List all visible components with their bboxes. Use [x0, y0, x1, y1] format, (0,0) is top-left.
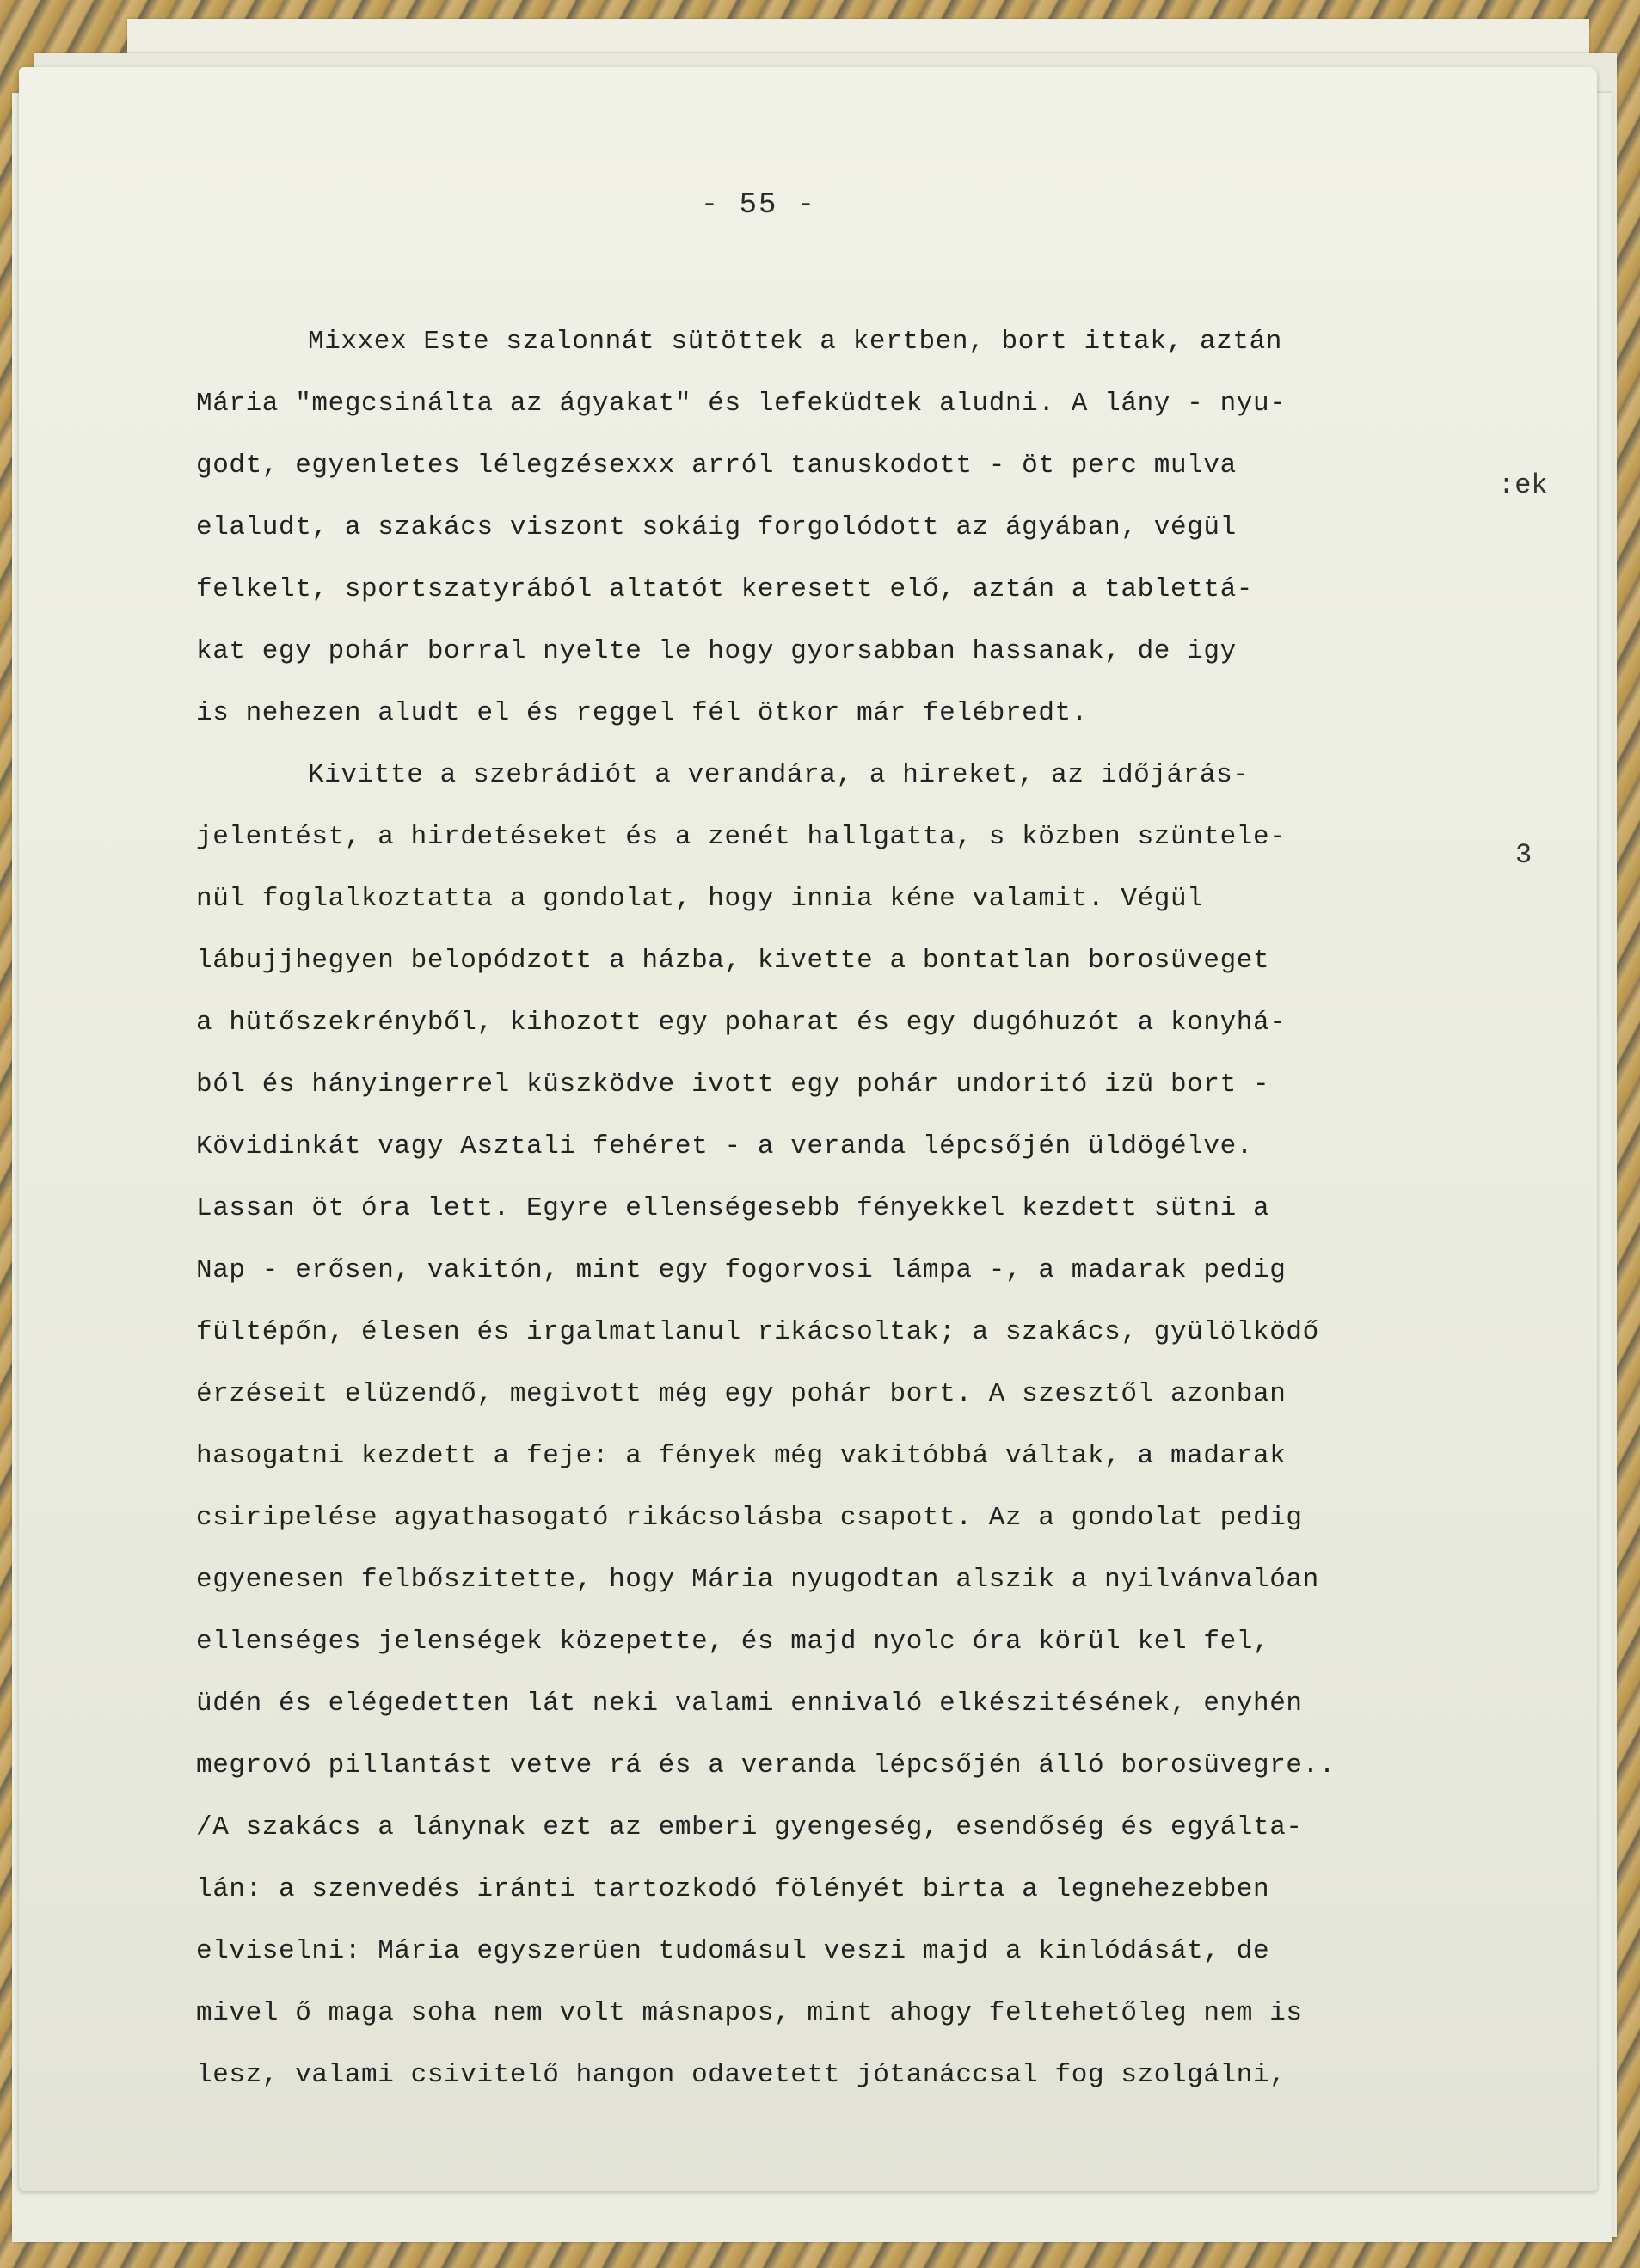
- text-line: mivel ő maga soha nem volt másnapos, min…: [196, 1983, 1538, 2044]
- manuscript-body: Mixxex Este szalonnát sütöttek a kertben…: [196, 311, 1538, 2106]
- text-line: godt, egyenletes lélegzésexxx arról tanu…: [196, 435, 1538, 497]
- text-line: is nehezen aludt el és reggel fél ötkor …: [196, 683, 1538, 745]
- page-number: - 55 -: [19, 189, 1498, 222]
- text-line: ellenséges jelenségek közepette, és majd…: [196, 1611, 1538, 1673]
- typewritten-page: - 55 - Mixxex Este szalonnát sütöttek a …: [19, 67, 1597, 2191]
- text-line: Lassan öt óra lett. Egyre ellenségesebb …: [196, 1178, 1538, 1240]
- text-line: nül foglalkoztatta a gondolat, hogy inni…: [196, 868, 1538, 930]
- text-line: fültépőn, élesen és irgalmatlanul rikács…: [196, 1302, 1538, 1364]
- text-line: egyenesen felbőszitette, hogy Mária nyug…: [196, 1549, 1538, 1611]
- paragraph-1: Mixxex Este szalonnát sütöttek a kertben…: [196, 311, 1538, 745]
- text-line: /A szakács a lánynak ezt az emberi gyeng…: [196, 1797, 1538, 1859]
- text-line: jelentést, a hirdetéseket és a zenét hal…: [196, 806, 1538, 868]
- text-line: elviselni: Mária egyszerüen tudomásul ve…: [196, 1921, 1538, 1983]
- bleed-through-fragment: 3: [1515, 839, 1532, 871]
- text-line: csiripelése agyathasogató rikácsolásba c…: [196, 1487, 1538, 1549]
- text-line: felkelt, sportszatyrából altatót kereset…: [196, 559, 1538, 621]
- text-line: Nap - erősen, vakitón, mint egy fogorvos…: [196, 1240, 1538, 1302]
- text-line: Mixxex Este szalonnát sütöttek a kertben…: [196, 311, 1538, 373]
- text-line: a hütőszekrényből, kihozott egy poharat …: [196, 992, 1538, 1054]
- text-line: kat egy pohár borral nyelte le hogy gyor…: [196, 621, 1538, 683]
- text-line: lán: a szenvedés iránti tartozkodó fölén…: [196, 1859, 1538, 1921]
- text-line: hasogatni kezdett a feje: a fények még v…: [196, 1425, 1538, 1487]
- paragraph-2: Kivitte a szebrádiót a verandára, a hire…: [196, 745, 1538, 2106]
- text-line: lesz, valami csivitelő hangon odavetett …: [196, 2044, 1538, 2106]
- text-line: ból és hányingerrel küszködve ivott egy …: [196, 1054, 1538, 1116]
- text-line: lábujjhegyen belopódzott a házba, kivett…: [196, 930, 1538, 992]
- bleed-through-fragment: :ek: [1498, 469, 1548, 501]
- text-line: megrovó pillantást vetve rá és a veranda…: [196, 1735, 1538, 1797]
- text-line: Kivitte a szebrádiót a verandára, a hire…: [196, 745, 1538, 806]
- text-line: elaludt, a szakács viszont sokáig forgol…: [196, 497, 1538, 559]
- text-line: Mária "megcsinálta az ágyakat" és lefekü…: [196, 373, 1538, 435]
- text-line: érzéseit elüzendő, megivott még egy pohá…: [196, 1364, 1538, 1425]
- text-line: Kövidinkát vagy Asztali fehéret - a vera…: [196, 1116, 1538, 1178]
- text-line: üdén és elégedetten lát neki valami enni…: [196, 1673, 1538, 1735]
